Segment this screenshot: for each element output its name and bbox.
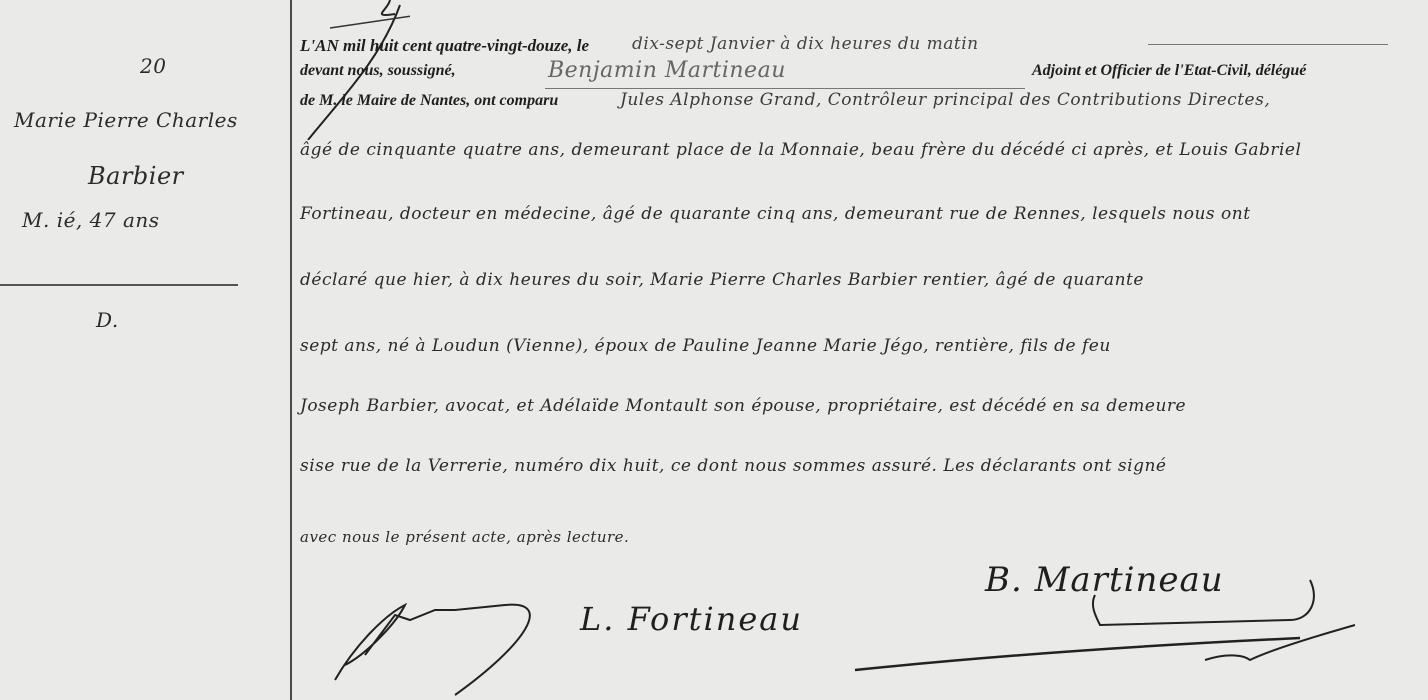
margin-column: 20 Marie Pierre Charles Barbier M. ié, 4… [0, 0, 290, 700]
line-1-printed: L'AN mil huit cent quatre-vingt-douze, l… [300, 36, 589, 56]
line-1-handwritten: dix-sept Janvier à dix heures du matin [632, 34, 979, 54]
margin-divider [0, 284, 238, 286]
line-6: déclaré que hier, à dix heures du soir, … [300, 270, 1144, 290]
entry-number: 20 [140, 54, 166, 78]
line-3-handwritten: Jules Alphonse Grand, Contrôleur princip… [620, 90, 1270, 110]
signature-grand: J. A. Grand [325, 585, 565, 700]
line-8: Joseph Barbier, avocat, et Adélaïde Mont… [300, 396, 1186, 416]
line-10: avec nous le présent acte, après lecture… [300, 528, 629, 546]
blank-rule [1148, 44, 1388, 45]
line-2-printed: devant nous, soussigné, [300, 62, 456, 80]
registry-page: 20 Marie Pierre Charles Barbier M. ié, 4… [0, 0, 1428, 700]
margin-given-names: Marie Pierre Charles [14, 108, 238, 132]
margin-rule [290, 0, 292, 700]
blank-rule [545, 88, 1025, 89]
line-5: Fortineau, docteur en médecine, âgé de q… [300, 204, 1251, 224]
line-2-printed-end: Adjoint et Officier de l'Etat-Civil, dél… [1032, 62, 1306, 80]
margin-mark: D. [96, 308, 119, 332]
line-4: âgé de cinquante quatre ans, demeurant p… [300, 140, 1301, 160]
margin-age-note: M. ié, 47 ans [22, 208, 160, 232]
signature-martineau: B. Martineau [850, 560, 1428, 700]
officer-name: Benjamin Martineau [548, 58, 786, 83]
line-7: sept ans, né à Loudun (Vienne), époux de… [300, 336, 1111, 356]
margin-surname: Barbier [88, 162, 184, 190]
line-9: sise rue de la Verrerie, numéro dix huit… [300, 456, 1166, 476]
line-3-printed: de M. le Maire de Nantes, ont comparu [300, 92, 558, 110]
